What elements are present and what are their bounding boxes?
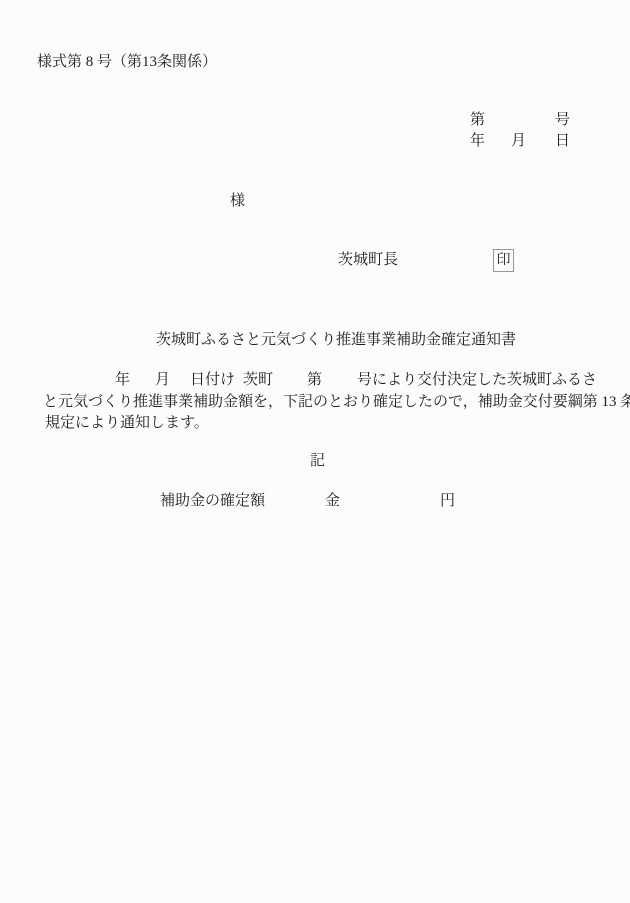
body-date-word: 日付け — [190, 371, 235, 390]
body-month-label: 月 — [155, 371, 170, 390]
amount-currency-suffix: 円 — [440, 492, 455, 511]
body-office-abbrev: 茨町 — [243, 371, 273, 390]
seal-label: 印 — [497, 252, 511, 270]
form-number: 様式第 8 号（第13条関係） — [37, 53, 217, 72]
document-title: 茨城町ふるさと元気づくり推進事業補助金確定通知書 — [156, 331, 516, 350]
body-line-3-text: 規定により通知します。 — [45, 414, 209, 433]
sender-title: 茨城町長 — [338, 251, 398, 270]
addressee-honorific: 様 — [230, 192, 245, 211]
body-line-1-text: 号により交付決定した茨城町ふるさ — [357, 371, 597, 390]
date-day-label: 日 — [555, 132, 570, 151]
record-marker: 記 — [310, 452, 325, 471]
doc-number-prefix-label: 第 — [470, 111, 485, 130]
date-month-label: 月 — [511, 132, 526, 151]
body-number-prefix: 第 — [307, 371, 322, 390]
amount-currency-prefix: 金 — [325, 492, 340, 511]
amount-label: 補助金の確定額 — [160, 492, 265, 511]
body-year-label: 年 — [115, 371, 130, 390]
doc-number-suffix-label: 号 — [555, 111, 570, 130]
body-line-2-text: と元気づくり推進事業補助金額を，下記のとおり確定したので，補助金交付要綱第 13… — [43, 393, 630, 412]
date-year-label: 年 — [470, 132, 485, 151]
notice-document-page: 様式第 8 号（第13条関係） 第 号 年 月 日 様 茨城町長 印 茨城町ふる… — [0, 0, 630, 903]
seal-box: 印 — [493, 249, 514, 272]
